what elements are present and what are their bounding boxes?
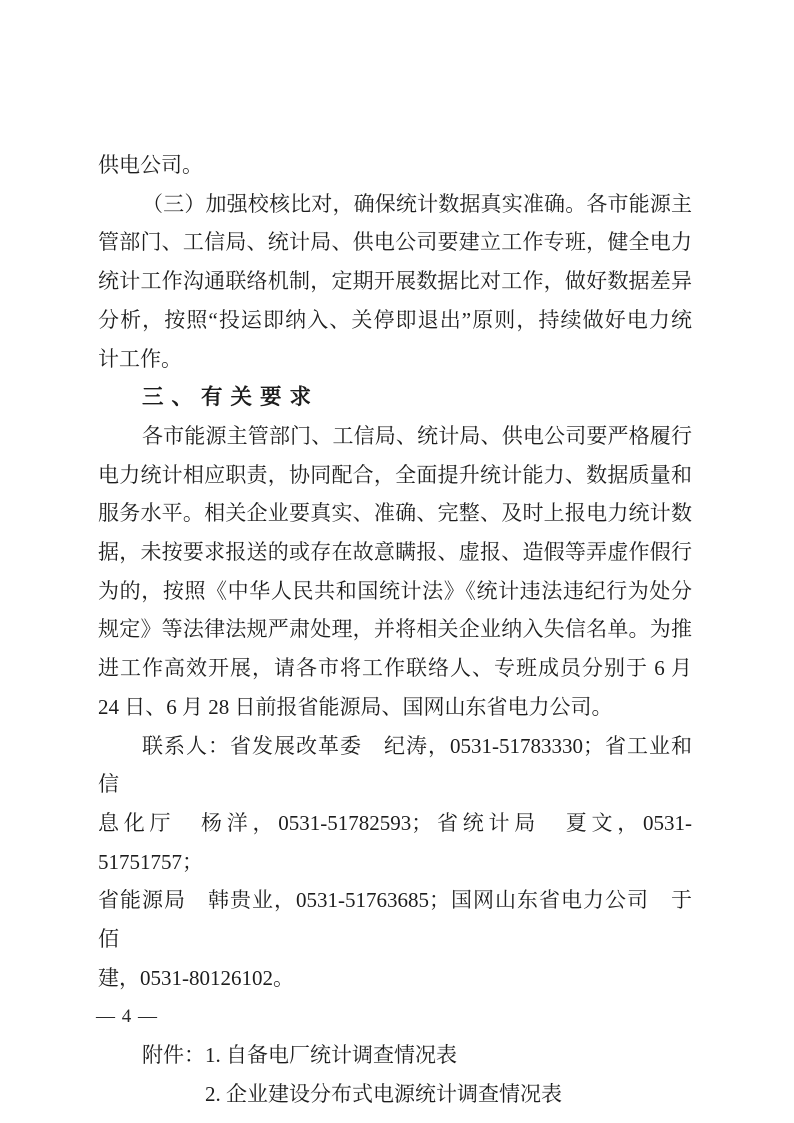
continuation-line: 供电公司。 <box>98 146 692 185</box>
attachments-list: 1. 自备电厂统计调查情况表 2. 企业建设分布式电源统计调查情况表 <box>205 1036 692 1113</box>
para-item3-line: 管部门、工信局、统计局、供电公司要建立工作专班，健全电力 <box>98 223 692 262</box>
para-requirements-line: 24 日、6 月 28 日前报省能源局、国网山东省电力公司。 <box>98 688 692 727</box>
document-body: 供电公司。 （三）加强校核比对，确保统计数据真实准确。各市能源主 管部门、工信局… <box>98 146 692 1114</box>
para-contacts-line: 联系人：省发展改革委 纪涛，0531-51783330；省工业和信 <box>98 727 692 804</box>
attachment-item: 2. 企业建设分布式电源统计调查情况表 <box>205 1075 692 1114</box>
para-requirements-line: 各市能源主管部门、工信局、统计局、供电公司要严格履行 <box>98 417 692 456</box>
para-requirements-line: 服务水平。相关企业要真实、准确、完整、及时上报电力统计数 <box>98 494 692 533</box>
attachment-item: 1. 自备电厂统计调查情况表 <box>205 1036 692 1075</box>
para-item3-line: （三）加强校核比对，确保统计数据真实准确。各市能源主 <box>98 185 692 224</box>
para-item3-line: 分析，按照“投运即纳入、关停即退出”原则，持续做好电力统 <box>98 301 692 340</box>
para-contacts-line: 省能源局 韩贵业，0531-51763685；国网山东省电力公司 于佰 <box>98 881 692 958</box>
attachments-block: 附件： 1. 自备电厂统计调查情况表 2. 企业建设分布式电源统计调查情况表 <box>142 1036 692 1113</box>
page-number: — 4 — <box>96 1006 158 1028</box>
para-requirements-line: 为的，按照《中华人民共和国统计法》《统计违法违纪行为处分 <box>98 572 692 611</box>
para-requirements-line: 进工作高效开展，请各市将工作联络人、专班成员分别于 6 月 <box>98 649 692 688</box>
para-item3-line: 统计工作沟通联络机制，定期开展数据比对工作，做好数据差异 <box>98 262 692 301</box>
para-requirements-line: 电力统计相应职责，协同配合，全面提升统计能力、数据质量和 <box>98 456 692 495</box>
section-heading: 三、有关要求 <box>98 378 692 417</box>
para-item3-line: 计工作。 <box>98 340 692 379</box>
para-contacts-line: 建，0531-80126102。 <box>98 959 692 998</box>
para-contacts-line: 息化厅 杨洋，0531-51782593；省统计局 夏文，0531-517517… <box>98 804 692 881</box>
blank-line <box>98 997 692 1036</box>
para-requirements-line: 据，未按要求报送的或存在故意瞒报、虚报、造假等弄虚作假行 <box>98 533 692 572</box>
document-page: 供电公司。 （三）加强校核比对，确保统计数据真实准确。各市能源主 管部门、工信局… <box>0 0 794 1123</box>
attachments-label: 附件： <box>142 1036 205 1113</box>
para-requirements-line: 规定》等法律法规严肃处理，并将相关企业纳入失信名单。为推 <box>98 610 692 649</box>
